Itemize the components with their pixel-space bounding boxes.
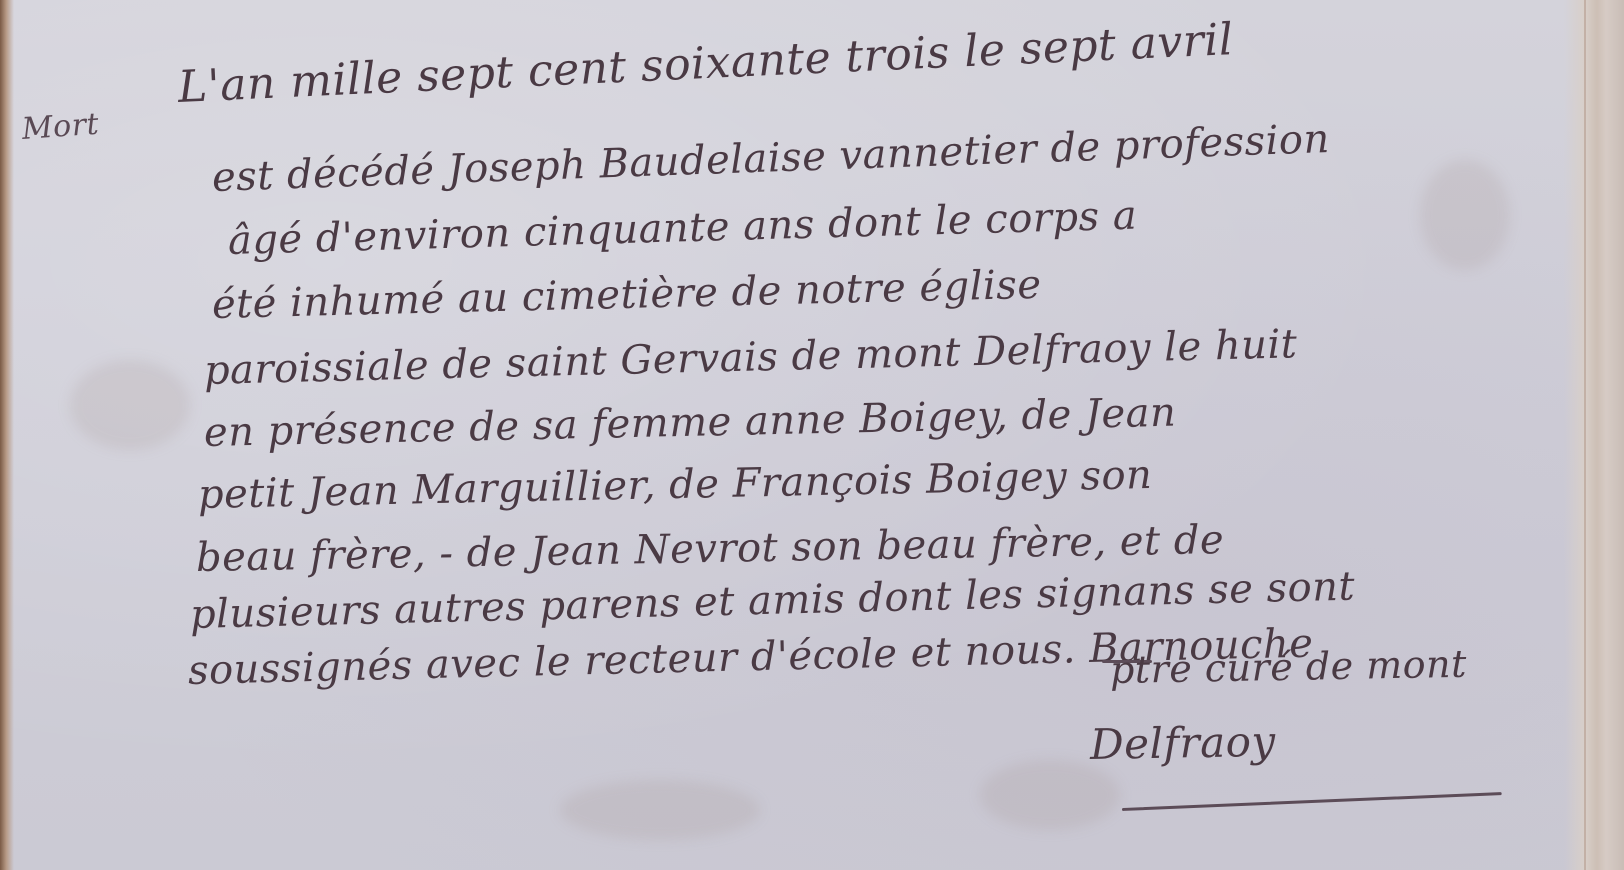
text-line-4: été inhumé au cimetière de notre église bbox=[211, 262, 1042, 328]
page-edge-line bbox=[1584, 0, 1586, 870]
text-line-3: âgé d'environ cinquante ans dont le corp… bbox=[227, 193, 1137, 264]
binding-edge bbox=[0, 0, 14, 870]
manuscript-page: Mort L'an mille sept cent soixante trois… bbox=[0, 0, 1624, 870]
paper-stain bbox=[560, 780, 760, 840]
signature-title: ptre curé de mont bbox=[1110, 642, 1468, 692]
signature-name: Delfraoy bbox=[1090, 717, 1276, 769]
paper-stain bbox=[980, 760, 1120, 830]
text-line-5: paroissiale de saint Gervais de mont Del… bbox=[203, 321, 1297, 394]
text-line-1: L'an mille sept cent soixante trois le s… bbox=[177, 14, 1235, 113]
paper-stain bbox=[70, 360, 190, 450]
text-line-6: en présence de sa femme anne Boigey, de … bbox=[204, 390, 1177, 456]
signature-flourish bbox=[1122, 792, 1502, 811]
text-line-7: petit Jean Marguillier, de François Boig… bbox=[198, 452, 1153, 518]
paper-stain bbox=[1420, 160, 1510, 270]
margin-note: Mort bbox=[21, 107, 100, 147]
text-line-2: est décédé Joseph Baudelaise vannetier d… bbox=[211, 116, 1330, 201]
page-edge bbox=[1564, 0, 1624, 870]
